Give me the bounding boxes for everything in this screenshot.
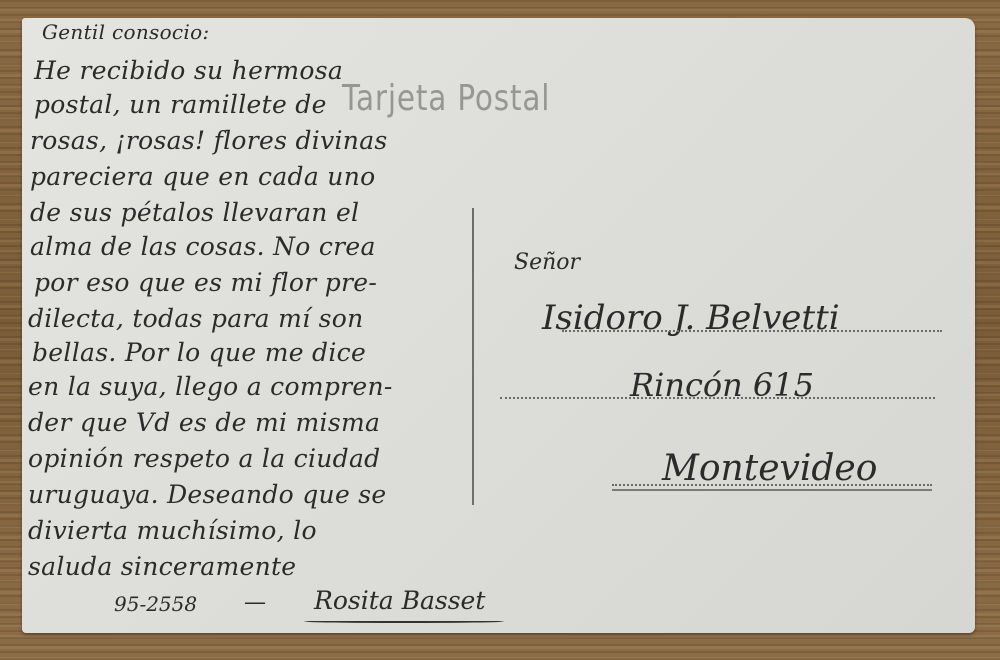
postcard: Tarjeta Postal Gentil consocio: He recib… — [22, 18, 975, 633]
message-line: He recibido su hermosa — [34, 56, 343, 85]
message-line: saluda sinceramente — [28, 552, 296, 581]
address-line-2 — [500, 397, 935, 399]
address-line-3 — [612, 484, 932, 486]
signature-underline — [304, 620, 504, 623]
address-line-1 — [562, 330, 942, 332]
message-line: por eso que es mi flor pre- — [34, 268, 377, 297]
message-line: Gentil consocio: — [42, 20, 210, 44]
dash: — — [244, 590, 266, 615]
reference-number: 95-2558 — [114, 592, 197, 616]
address-city: Montevideo — [662, 448, 877, 489]
message-line: en la suya, llego a compren- — [28, 372, 393, 401]
printed-title: Tarjeta Postal — [342, 78, 550, 119]
address-salutation: Señor — [514, 250, 580, 275]
message-line: opinión respeto a la ciudad — [28, 444, 380, 473]
message-line: divierta muchísimo, lo — [28, 516, 317, 545]
message-line: alma de las cosas. No crea — [30, 232, 376, 261]
message-line: der que Vd es de mi misma — [28, 408, 380, 437]
signature: Rosita Basset — [314, 586, 485, 615]
message-line: dilecta, todas para mí son — [28, 304, 364, 333]
message-line: postal, un ramillete de — [34, 90, 327, 119]
message-line: bellas. Por lo que me dice — [32, 338, 366, 367]
vertical-divider — [472, 208, 474, 505]
message-line: rosas, ¡rosas! flores divinas — [30, 126, 388, 155]
message-line: pareciera que en cada uno — [30, 162, 375, 191]
message-line: de sus pétalos llevaran el — [30, 198, 359, 227]
address-name: Isidoro J. Belvetti — [542, 298, 840, 338]
address-line-3-solid — [612, 489, 932, 491]
message-line: uruguaya. Deseando que se — [28, 480, 387, 509]
